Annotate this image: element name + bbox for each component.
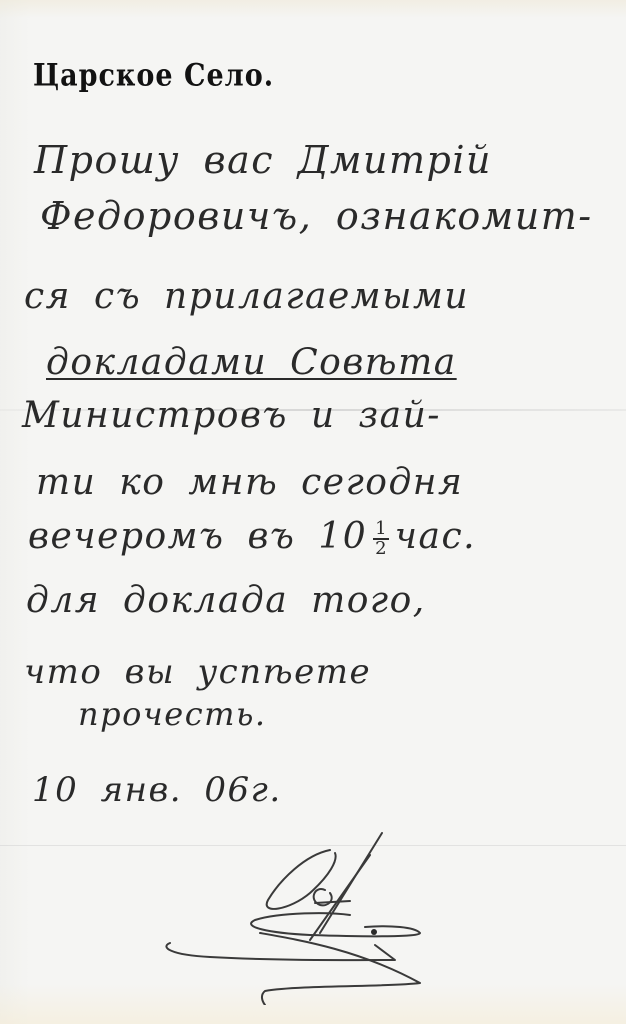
time-suffix: час. <box>395 516 476 557</box>
handwritten-line: ся съ прилагаемыми <box>24 276 469 317</box>
letterhead: Царское Село. <box>33 58 274 94</box>
handwritten-line: для доклада того, <box>26 580 426 621</box>
handwritten-line: Прошу вас Дмитрій <box>34 138 492 182</box>
handwritten-line-text: вечеромъ въ 10 <box>28 516 367 557</box>
handwritten-line: ти ко мнѣ сегодня <box>36 462 463 503</box>
fraction-numerator: 1 <box>373 520 388 540</box>
handwritten-line: что вы успѣете <box>24 652 371 692</box>
fraction-denominator: 2 <box>373 540 388 558</box>
fraction-half: 12 <box>373 520 388 558</box>
signature-text: Н. <box>270 855 339 923</box>
letter-paper: Царское Село. Прошу вас Дмитрій Федорови… <box>0 0 626 1024</box>
handwritten-line: прочесть. <box>78 695 267 733</box>
handwritten-line-text: докладами Совѣта <box>46 342 457 383</box>
handwritten-line: докладами Совѣта <box>46 342 457 383</box>
handwritten-line: Федоровичъ, ознакомит- <box>40 194 593 238</box>
handwritten-line: Министровъ и зай- <box>22 395 441 436</box>
letter-date: 10 янв. 06г. <box>32 770 282 810</box>
signature: Н. <box>130 815 430 1005</box>
handwritten-line: вечеромъ въ 1012час. <box>28 516 476 558</box>
